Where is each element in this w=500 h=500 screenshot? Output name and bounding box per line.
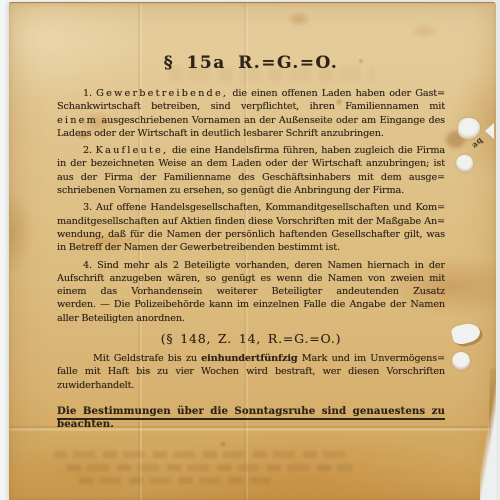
punch-hole (456, 155, 473, 172)
show-through-ghost-text (53, 451, 353, 458)
text-segment-emphasis: einem (57, 115, 98, 126)
text-line: manditgesellschaften auf Aktien finden d… (57, 215, 445, 228)
text-line: 2. Kaufleute, die eine Handelsfirma führ… (57, 144, 445, 157)
text-line: Ladens oder der Wirtschaft in deutlich l… (57, 127, 445, 140)
paragraph-3: 3. Auf offene Handelsgesellschaften, Kom… (57, 201, 445, 254)
text-line: Mit Geldstrafe bis zu einhundertfünfzig … (57, 352, 445, 365)
text-segment: 1. (83, 88, 96, 99)
text-line: einem ausgeschriebenen Vornamen an der A… (57, 114, 445, 127)
document-title: § 15a R.=G.=O. (57, 53, 445, 73)
text-segment-emphasis: Gewerbetreibende, (96, 88, 228, 99)
document-page: § 15a R.=G.=O. 1. Gewerbetreibende, die … (9, 2, 496, 500)
text-line: 3. Auf offene Handelsgesellschaften, Kom… (57, 201, 445, 214)
text-line: einem das Vorhandensein weiterer Beteili… (57, 285, 445, 298)
text-line: schriebenen Vornamen zu ersehen, so genü… (57, 184, 445, 197)
text-line: aller Beteiligten anordnen. (57, 312, 445, 325)
paragraph-1: 1. Gewerbetreibende, die einen offenen L… (57, 87, 445, 140)
text-line: Schankwirtschaft betreiben, sind verpfli… (57, 100, 445, 113)
punch-hole (452, 352, 470, 370)
show-through-ghost-text (67, 464, 353, 471)
text-line: 1. Gewerbetreibende, die einen offenen L… (57, 87, 445, 100)
torn-corner (480, 370, 496, 500)
text-line: Aufschrift anzugeben wären, so genügt es… (57, 272, 445, 285)
paragraph-2: 2. Kaufleute, die eine Handelsfirma führ… (57, 144, 445, 197)
penalty-paragraph: Mit Geldstrafe bis zu einhundertfünfzig … (57, 352, 445, 392)
text-line: aus der Firma der Familienname des Gesch… (57, 171, 445, 184)
text-line: in Betreff der Namen der Gewerbetreibend… (57, 241, 445, 254)
footer-notice: Die Bestimmungen über die Sonntagsruhe s… (57, 405, 445, 420)
text-segment-bold: einhundertfünfzig (201, 353, 297, 364)
legal-reference: (§ 148, Z. 14, R.=G.=O.) (57, 331, 445, 346)
text-line: falle mit Haft bis zu vier Wochen wird b… (57, 365, 445, 378)
show-through-ghost-text (79, 477, 271, 484)
text-segment-emphasis: Kaufleute, (96, 145, 169, 156)
paragraph-4: 4. Sind mehr als 2 Beteiligte vorhanden,… (57, 259, 445, 325)
text-segment: 2. (83, 145, 96, 156)
text-line: wendung, daß für die Namen der persönlic… (57, 228, 445, 241)
text-segment: ausgeschriebenen Vornamen an der Außense… (98, 115, 445, 126)
text-line: werden. — Die Polizeibehörde kann im ein… (57, 298, 445, 311)
text-line: in der bezeichneten Weise an dem Laden o… (57, 157, 445, 170)
scanner-background: § 15a R.=G.=O. 1. Gewerbetreibende, die … (0, 0, 500, 500)
text-segment: Mark und im Unvermögens= (298, 353, 445, 364)
document-content: § 15a R.=G.=O. 1. Gewerbetreibende, die … (57, 53, 445, 420)
text-line: 4. Sind mehr als 2 Beteiligte vorhanden,… (57, 259, 445, 272)
text-line: zuwiderhandelt. (57, 379, 445, 392)
text-segment: Mit Geldstrafe bis zu (93, 353, 201, 364)
edge-notch (485, 123, 494, 139)
tear-hole (450, 321, 482, 346)
text-segment: die eine Handelsfirma führen, haben zugl… (168, 145, 445, 156)
